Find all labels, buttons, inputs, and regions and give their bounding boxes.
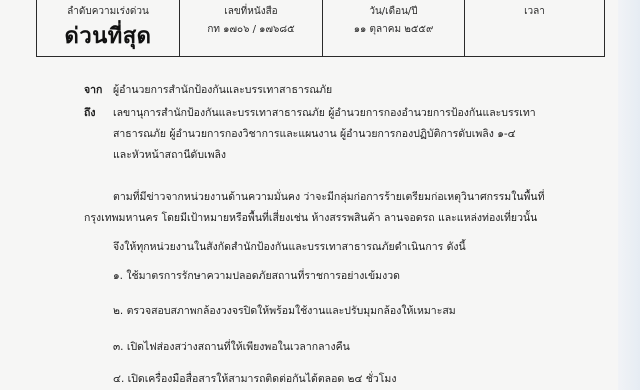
paragraph-line-2: กรุงเทพมหานคร โดยมีเป้าหมายหรือพื้นที่เส… xyxy=(84,209,537,226)
urgency-cell: ลำดับความเร่งด่วน ด่วนที่สุด xyxy=(37,0,180,56)
page-edge-shadow xyxy=(618,0,640,390)
date-value: ๑๑ ตุลาคม ๒๕๕๙ xyxy=(323,22,464,37)
list-item-2: ๒. ตรวจสอบสภาพกล้องวงจรปิดให้พร้อมใช้งาน… xyxy=(113,302,456,319)
paragraph-line-1: ตามที่มีข่าวจากหน่วยงานด้านความมั่นคง ว่… xyxy=(113,188,545,205)
from-label: จาก xyxy=(84,81,102,98)
document-number-value: กท ๑๗๐๖ / ๑๗๖๘๕ xyxy=(180,22,322,37)
to-line-2: สาธารณภัย ผู้อำนวยการกองวิชาการและแผนงาน… xyxy=(113,125,516,142)
list-item-3: ๓. เปิดไฟส่องสว่างสถานที่ให้เพียงพอในเวล… xyxy=(113,338,350,355)
from-value: ผู้อำนวยการสำนักป้องกันและบรรเทาสาธารณภั… xyxy=(113,81,332,98)
document-number-cell: เลขที่หนังสือ กท ๑๗๐๖ / ๑๗๖๘๕ xyxy=(180,0,323,56)
time-label: เวลา xyxy=(465,4,604,19)
urgency-value: ด่วนที่สุด xyxy=(37,18,179,53)
list-item-1: ๑. ใช้มาตรการรักษาความปลอดภัยสถานที่ราชก… xyxy=(113,267,400,284)
instruction-text: จึงให้ทุกหน่วยงานในสังกัดสำนักป้องกันและ… xyxy=(113,238,466,255)
urgency-label: ลำดับความเร่งด่วน xyxy=(37,4,179,19)
list-item-4: ๔. เปิดเครื่องมือสื่อสารให้สามารถติดต่อก… xyxy=(113,370,396,387)
header-table: ลำดับความเร่งด่วน ด่วนที่สุด เลขที่หนังส… xyxy=(36,0,605,57)
to-line-1: เลขานุการสำนักป้องกันและบรรเทาสาธารณภัย … xyxy=(113,104,536,121)
to-label: ถึง xyxy=(84,104,95,121)
to-line-3: และหัวหน้าสถานีดับเพลิง xyxy=(113,146,226,163)
date-label: วัน/เดือน/ปี xyxy=(323,4,464,19)
date-cell: วัน/เดือน/ปี ๑๑ ตุลาคม ๒๕๕๙ xyxy=(323,0,465,56)
time-cell: เวลา xyxy=(465,0,604,56)
document-number-label: เลขที่หนังสือ xyxy=(180,4,322,19)
